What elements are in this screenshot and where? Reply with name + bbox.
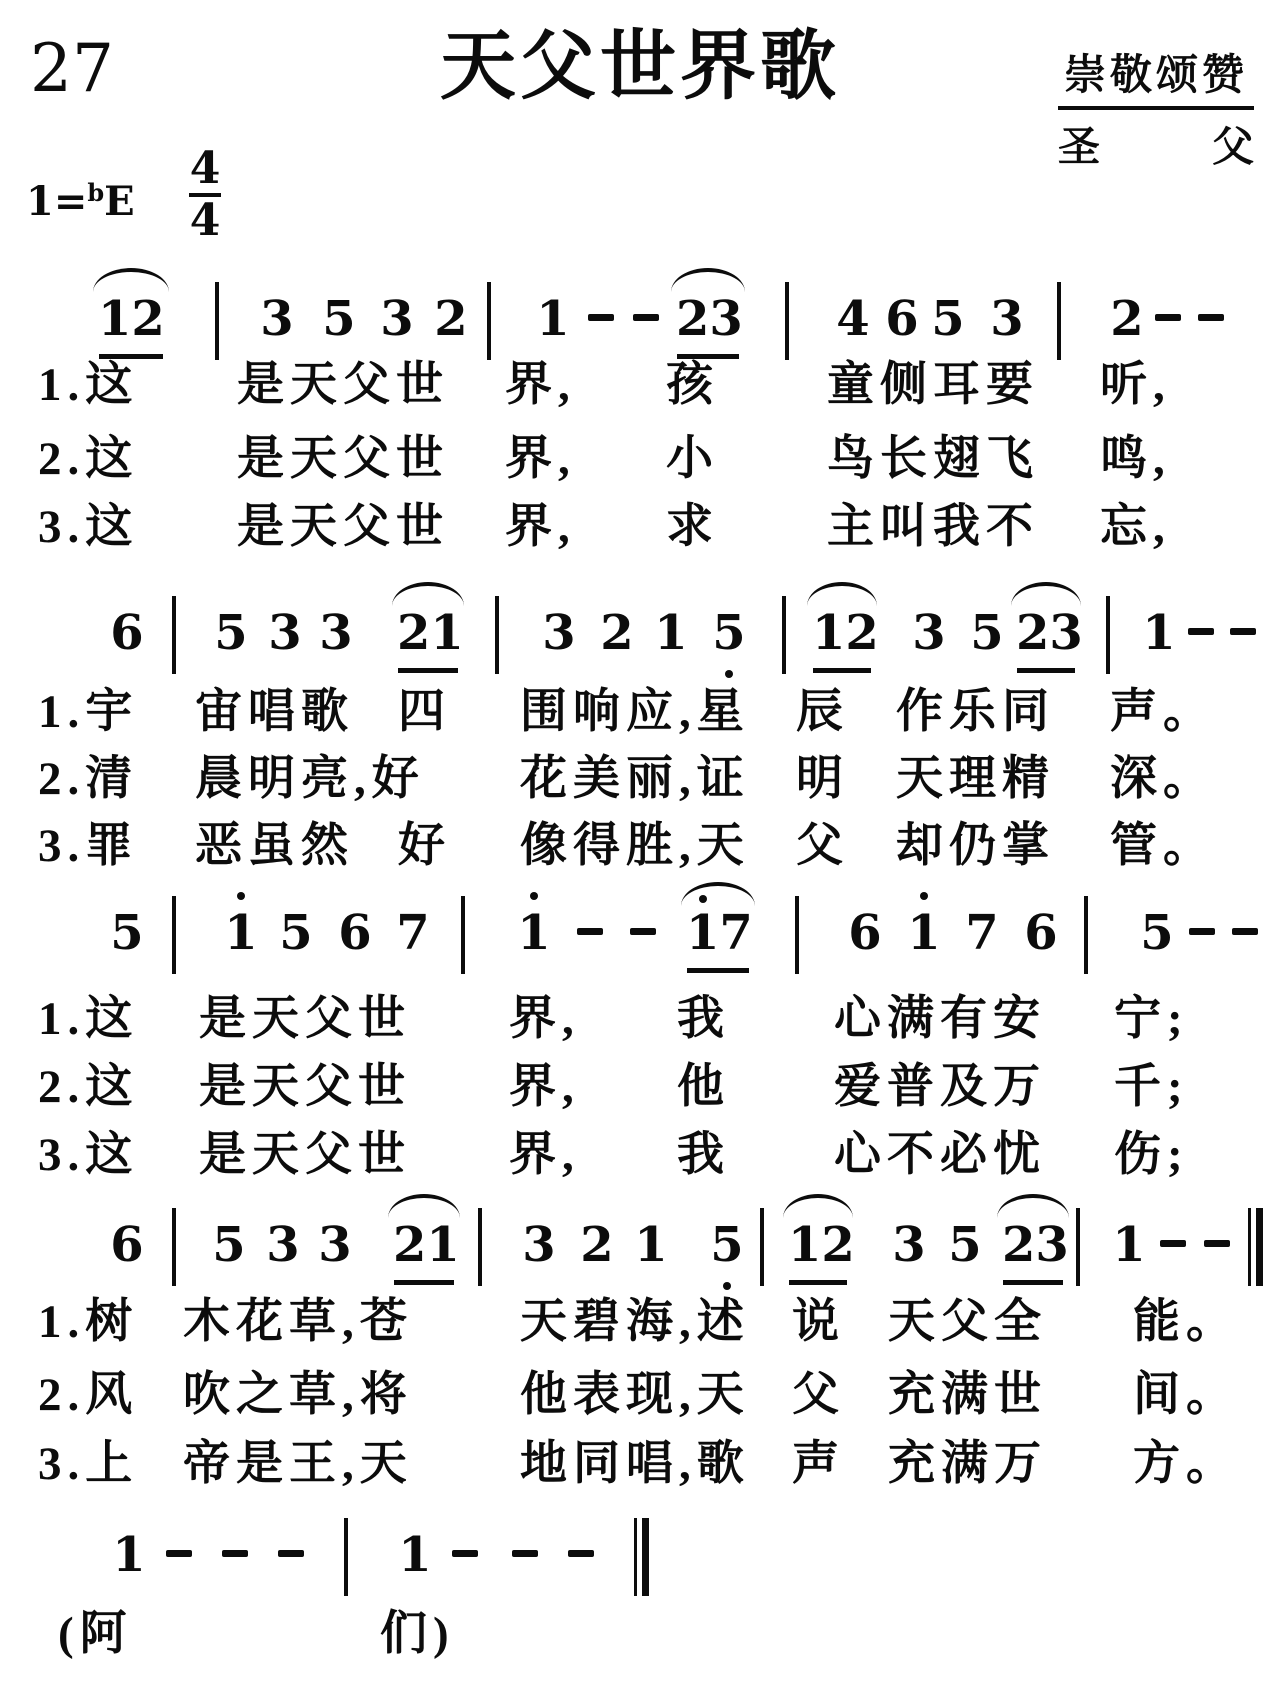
note-digit: 7 <box>963 904 1001 962</box>
lyric-segment: 帝是王,天 <box>183 1435 413 1493</box>
lyric-row: 1.树木花草,苍天碧海,述说天父全能。 <box>0 1293 1280 1355</box>
subcategory-label: 圣 父 <box>1058 110 1254 174</box>
barline <box>344 1518 348 1596</box>
lyric-segment: 是天父世 <box>199 1058 411 1116</box>
note-digit: 2 <box>1108 290 1146 348</box>
note: 3 <box>378 290 416 348</box>
note-digit: 1 <box>222 904 260 962</box>
barline <box>1057 282 1061 360</box>
barline <box>1106 596 1110 674</box>
note-digit: 3 <box>988 290 1026 348</box>
note-digit: 5 <box>212 604 250 662</box>
note-digit: 1 <box>426 1216 459 1274</box>
lyric-segment: 2.这 <box>38 430 138 488</box>
lyric-segment: 3.这 <box>38 498 138 556</box>
lyric-row: 3.罪恶虽然好像得胜,天父却仍掌管。 <box>0 817 1280 879</box>
note-digit: 5 <box>929 290 967 348</box>
lyric-segment: 木花草,苍 <box>183 1293 413 1351</box>
barline <box>760 1208 764 1286</box>
note: 2 <box>578 1216 616 1274</box>
note-digit: 1 <box>686 904 719 962</box>
note: 3 <box>910 604 948 662</box>
note-digit: 3 <box>316 1216 354 1274</box>
lyric-segment: 吹之草,将 <box>183 1366 413 1424</box>
duration-dash <box>577 928 603 935</box>
note-digit: 5 <box>108 904 146 962</box>
lyric-segment: 鸟长翅飞 <box>827 430 1039 488</box>
note-digit: 3 <box>266 604 304 662</box>
note-digit: 1 <box>430 604 463 662</box>
lyric-segment: 千; <box>1114 1058 1189 1116</box>
barline <box>172 1208 176 1286</box>
duration-dash <box>1188 628 1214 635</box>
note-digit: 2 <box>131 290 164 348</box>
note: 7 <box>719 904 752 962</box>
duration-dash <box>512 1550 538 1557</box>
duration-dash <box>1189 928 1215 935</box>
duration-dash <box>1160 1240 1186 1247</box>
lyric-segment: 恶虽然 <box>195 817 354 875</box>
low-octave-dot <box>723 1282 731 1290</box>
note: 1 <box>652 604 690 662</box>
lyric-segment: 我 <box>677 1126 730 1184</box>
lyric-segment: 1.这 <box>38 990 138 1048</box>
lyric-segment: 童侧耳要 <box>827 356 1039 414</box>
lyric-segment: 能。 <box>1133 1293 1239 1351</box>
slur-arc <box>681 882 755 906</box>
note-digit: 2 <box>821 1216 854 1274</box>
lyric-segment: 2.风 <box>38 1366 138 1424</box>
pair-digits: 17 <box>684 904 752 962</box>
lyric-segment: 宁; <box>1114 990 1189 1048</box>
note-digit: 5 <box>708 1216 746 1274</box>
duration-dash <box>1155 314 1181 321</box>
lyric-segment: 天碧海,述 <box>520 1293 750 1351</box>
pair-digits: 21 <box>395 604 461 662</box>
note-digit: 3 <box>258 290 296 348</box>
lyric-row: 1.宇宙唱歌四围响应,星辰作乐同声。 <box>0 683 1280 745</box>
note-digit: 5 <box>946 1216 984 1274</box>
duration-dash <box>1232 928 1258 935</box>
lyric-row: 3.这是天父世界,我心不必忧伤; <box>0 1126 1280 1188</box>
note: 1 <box>1140 604 1178 662</box>
note-digit: 6 <box>883 290 921 348</box>
lyric-segment: 我 <box>677 990 730 1048</box>
barline <box>782 596 786 674</box>
note: 3 <box>264 1216 302 1274</box>
lyric-segment: 3.上 <box>38 1435 138 1493</box>
beam-line <box>398 668 458 673</box>
barline <box>478 1208 482 1286</box>
note: 2 <box>131 290 164 348</box>
hymn-sheet-page: 27 天父世界歌 崇敬颂赞 圣 父 1=bE 4 4 1235321234653… <box>0 0 1280 1689</box>
note: 5 <box>212 604 250 662</box>
lyric-segment: 界, <box>509 1126 580 1184</box>
note: 1 <box>515 904 553 962</box>
beam-line <box>394 1280 454 1285</box>
lyric-row: 3.这是天父世界,求主叫我不忘, <box>0 498 1280 560</box>
lyric-segment: 围响应,星 <box>520 683 750 741</box>
lyric-segment: 管。 <box>1110 817 1216 875</box>
lyric-segment: 求 <box>666 498 719 556</box>
time-signature-lower: 4 <box>183 200 227 242</box>
note: 5 <box>929 290 967 348</box>
beamed-note-pair: 23 <box>674 266 742 366</box>
note-digit: 7 <box>394 904 432 962</box>
note: 5 <box>946 1216 984 1274</box>
final-barline-thin <box>1248 1208 1251 1286</box>
note: 5 <box>320 290 358 348</box>
lyric-segment: 伤; <box>1114 1126 1189 1184</box>
duration-dash <box>222 1550 248 1557</box>
lyric-segment: 说 <box>792 1293 845 1351</box>
final-barline <box>634 1518 650 1596</box>
lyric-segment: 父 <box>792 1366 845 1424</box>
lyric-segment: 是天父世 <box>199 990 411 1048</box>
lyric-segment: 界, <box>505 430 576 488</box>
note-digit: 2 <box>397 604 430 662</box>
lyric-segment: 是天父世 <box>237 430 449 488</box>
note-digit: 3 <box>378 290 416 348</box>
key-note: E <box>104 178 135 225</box>
slur-arc <box>671 268 745 292</box>
note-digit: 1 <box>98 290 131 348</box>
lyric-segment: 心满有安 <box>834 990 1046 1048</box>
lyric-segment: 界, <box>505 498 576 556</box>
note: 3 <box>316 1216 354 1274</box>
note: 5 <box>1138 904 1176 962</box>
barline <box>1084 896 1088 974</box>
note-digit: 3 <box>1035 1216 1068 1274</box>
note-digit: 6 <box>108 604 146 662</box>
note-digit: 3 <box>910 604 948 662</box>
lyric-row: 2.这是天父世界,他爱普及万千; <box>0 1058 1280 1120</box>
note: 2 <box>1016 604 1049 662</box>
note: 3 <box>1049 604 1082 662</box>
lyric-segment: 是天父世 <box>199 1126 411 1184</box>
barline <box>785 282 789 360</box>
flat-accidental: b <box>87 178 104 207</box>
pair-digits: 23 <box>1000 1216 1066 1274</box>
slur-arc <box>807 582 877 606</box>
duration-dash <box>452 1550 478 1557</box>
note: 3 <box>988 290 1026 348</box>
note: 2 <box>845 604 878 662</box>
barline <box>172 596 176 674</box>
barline <box>495 596 499 674</box>
note-digit: 2 <box>393 1216 426 1274</box>
lyric-segment: 天理精 <box>896 750 1055 808</box>
beam-line <box>1017 668 1075 673</box>
category-label: 崇敬颂赞 <box>1058 42 1254 110</box>
lyric-segment: 四 <box>398 683 451 741</box>
lyric-segment: 心不必忧 <box>834 1126 1046 1184</box>
note-digit: 3 <box>264 1216 302 1274</box>
note-digit: 3 <box>709 290 742 348</box>
note: 3 <box>317 604 355 662</box>
note: 5 <box>210 1216 248 1274</box>
note: 1 <box>396 1526 434 1584</box>
notation-line: 5156711761765 <box>0 880 1280 1005</box>
note: 1 <box>632 1216 670 1274</box>
beamed-note-pair: 23 <box>1014 580 1078 680</box>
beamed-note-pair: 12 <box>96 266 166 366</box>
note-digit: 6 <box>336 904 374 962</box>
note-digit: 3 <box>540 604 578 662</box>
note-digit: 2 <box>845 604 878 662</box>
lyric-segment: 1.树 <box>38 1293 138 1351</box>
time-signature: 4 4 <box>183 148 227 242</box>
barline <box>487 282 491 360</box>
note-digit: 1 <box>1110 1216 1148 1274</box>
note: 2 <box>397 604 430 662</box>
lyric-segment: 他 <box>677 1058 730 1116</box>
note-digit: 5 <box>1138 904 1176 962</box>
beamed-note-pair: 21 <box>391 1192 457 1292</box>
lyric-segment: 却仍掌 <box>896 817 1055 875</box>
note-digit: 6 <box>846 904 884 962</box>
note-digit: 7 <box>719 904 752 962</box>
slur-arc <box>997 1194 1069 1218</box>
note: 5 <box>968 604 1006 662</box>
note: 7 <box>963 904 1001 962</box>
note: 3 <box>520 1216 558 1274</box>
duration-dash <box>633 314 659 321</box>
lyric-segment: (阿 <box>58 1605 133 1663</box>
lyric-segment: 主叫我不 <box>827 498 1039 556</box>
beam-line <box>813 668 871 673</box>
note: 1 <box>426 1216 459 1274</box>
note: 3 <box>1035 1216 1068 1274</box>
note: 5 <box>108 904 146 962</box>
lyric-segment: 他表现,天 <box>520 1366 750 1424</box>
beam-line <box>789 1280 847 1285</box>
lyric-row: 2.风吹之草,将他表现,天父充满世间。 <box>0 1366 1280 1428</box>
beamed-note-pair: 23 <box>1000 1192 1066 1292</box>
pair-digits: 12 <box>96 290 166 348</box>
note-digit: 2 <box>676 290 709 348</box>
note-digit: 5 <box>320 290 358 348</box>
note-digit: 5 <box>968 604 1006 662</box>
note: 1 <box>1110 1216 1148 1274</box>
beamed-note-pair: 21 <box>395 580 461 680</box>
key-signature: 1=bE <box>26 178 135 225</box>
duration-dash <box>568 1550 594 1557</box>
note: 3 <box>890 1216 928 1274</box>
note: 1 <box>222 904 260 962</box>
beamed-note-pair: 12 <box>786 1192 850 1292</box>
lyric-row: (阿们) <box>0 1605 1280 1667</box>
lyric-segment: 听, <box>1100 356 1171 414</box>
note-digit: 1 <box>396 1526 434 1584</box>
lyric-row: 3.上帝是王,天地同唱,歌声充满万方。 <box>0 1435 1280 1497</box>
lyric-segment: 作乐同 <box>896 683 1055 741</box>
lyric-segment: 界, <box>509 990 580 1048</box>
note: 3 <box>266 604 304 662</box>
slur-arc <box>783 1194 853 1218</box>
note: 2 <box>1108 290 1146 348</box>
slur-arc <box>392 582 464 606</box>
note: 6 <box>846 904 884 962</box>
note: 6 <box>883 290 921 348</box>
note-digit: 2 <box>598 604 636 662</box>
lyric-segment: 1.这 <box>38 356 138 414</box>
lyric-segment: 3.罪 <box>38 817 138 875</box>
lyric-segment: 深。 <box>1110 750 1216 808</box>
barline <box>1076 1208 1080 1286</box>
note-digit: 5 <box>210 1216 248 1274</box>
lyric-segment: 是天父世 <box>237 356 449 414</box>
time-signature-upper: 4 <box>183 148 227 190</box>
lyric-segment: 3.这 <box>38 1126 138 1184</box>
duration-dash <box>1230 628 1256 635</box>
final-barline-thin <box>634 1518 637 1596</box>
lyric-segment: 好 <box>398 817 451 875</box>
lyric-row: 2.清晨明亮,好花美丽,证明天理精深。 <box>0 750 1280 812</box>
lyric-segment: 方。 <box>1133 1435 1239 1493</box>
beam-line <box>687 968 749 973</box>
note: 5 <box>710 604 748 662</box>
note-digit: 3 <box>1049 604 1082 662</box>
duration-dash <box>588 314 614 321</box>
note: 6 <box>336 904 374 962</box>
note: 3 <box>540 604 578 662</box>
lyric-segment: 忘, <box>1100 498 1171 556</box>
note: 5 <box>708 1216 746 1274</box>
note: 4 <box>834 290 872 348</box>
lyric-segment: 花美丽,证 <box>520 750 750 808</box>
final-barline <box>1248 1208 1264 1286</box>
note-digit: 4 <box>834 290 872 348</box>
note-digit: 1 <box>515 904 553 962</box>
lyric-segment: 父 <box>796 817 849 875</box>
duration-dash <box>630 928 656 935</box>
duration-dash <box>1204 1240 1230 1247</box>
note-digit: 5 <box>277 904 315 962</box>
note-digit: 2 <box>1016 604 1049 662</box>
lyric-segment: 鸣, <box>1100 430 1171 488</box>
note-digit: 3 <box>520 1216 558 1274</box>
note: 1 <box>98 290 131 348</box>
note-digit: 1 <box>110 1526 148 1584</box>
lyric-segment: 晨明亮,好 <box>195 750 425 808</box>
beamed-note-pair: 17 <box>684 880 752 980</box>
lyric-row: 1.这是天父世界,孩童侧耳要听, <box>0 356 1280 418</box>
lyric-segment: 地同唱,歌 <box>520 1435 750 1493</box>
barline <box>215 282 219 360</box>
note-digit: 2 <box>578 1216 616 1274</box>
slur-arc <box>388 1194 460 1218</box>
high-octave-dot <box>530 892 538 900</box>
note-digit: 5 <box>710 604 748 662</box>
note: 1 <box>788 1216 821 1274</box>
note-digit: 1 <box>788 1216 821 1274</box>
note-digit: 3 <box>317 604 355 662</box>
high-octave-dot <box>237 892 245 900</box>
note-digit: 1 <box>812 604 845 662</box>
final-barline-thick <box>1256 1208 1263 1286</box>
note: 1 <box>534 290 572 348</box>
note: 7 <box>394 904 432 962</box>
lyric-segment: 小 <box>666 430 719 488</box>
low-octave-dot <box>725 670 733 678</box>
key-prefix: 1= <box>26 178 87 225</box>
note-digit: 2 <box>1002 1216 1035 1274</box>
note: 6 <box>108 1216 146 1274</box>
slur-arc <box>1011 582 1081 606</box>
note-digit: 1 <box>652 604 690 662</box>
note: 1 <box>686 904 719 962</box>
lyric-segment: 界, <box>509 1058 580 1116</box>
slur-arc <box>93 268 169 292</box>
lyric-segment: 爱普及万 <box>834 1058 1046 1116</box>
category-block: 崇敬颂赞 圣 父 <box>1058 42 1254 174</box>
barline <box>795 896 799 974</box>
lyric-segment: 2.清 <box>38 750 138 808</box>
lyric-segment: 充满万 <box>888 1435 1047 1493</box>
lyric-segment: 辰 <box>796 683 849 741</box>
lyric-segment: 像得胜,天 <box>520 817 750 875</box>
pair-digits: 23 <box>674 290 742 348</box>
lyric-segment: 宙唱歌 <box>195 683 354 741</box>
beamed-note-pair: 12 <box>810 580 874 680</box>
lyric-segment: 间。 <box>1133 1366 1239 1424</box>
note: 6 <box>1022 904 1060 962</box>
duration-dash <box>166 1550 192 1557</box>
note: 1 <box>812 604 845 662</box>
note: 2 <box>821 1216 854 1274</box>
note-digit: 3 <box>890 1216 928 1274</box>
note: 2 <box>432 290 470 348</box>
note-digit: 1 <box>534 290 572 348</box>
note: 2 <box>598 604 636 662</box>
lyric-row: 2.这是天父世界,小鸟长翅飞鸣, <box>0 430 1280 492</box>
lyric-segment: 声 <box>792 1435 845 1493</box>
barline <box>172 896 176 974</box>
note: 5 <box>277 904 315 962</box>
note: 3 <box>258 290 296 348</box>
high-octave-dot <box>699 895 707 903</box>
lyric-segment: 是天父世 <box>237 498 449 556</box>
barline <box>461 896 465 974</box>
note: 2 <box>676 290 709 348</box>
pair-digits: 12 <box>786 1216 850 1274</box>
note: 2 <box>393 1216 426 1274</box>
lyric-segment: 2.这 <box>38 1058 138 1116</box>
lyric-segment: 界, <box>505 356 576 414</box>
note-digit: 2 <box>432 290 470 348</box>
beam-line <box>1003 1280 1063 1285</box>
note-digit: 1 <box>632 1216 670 1274</box>
duration-dash <box>1198 314 1224 321</box>
duration-dash <box>278 1550 304 1557</box>
lyric-row: 1.这是天父世界,我心满有安宁; <box>0 990 1280 1052</box>
lyric-segment: 1.宇 <box>38 683 138 741</box>
pair-digits: 12 <box>810 604 874 662</box>
note: 3 <box>709 290 742 348</box>
lyric-segment: 声。 <box>1110 683 1216 741</box>
subcategory-left: 圣 <box>1058 114 1100 174</box>
lyric-segment: 明 <box>796 750 849 808</box>
note-digit: 6 <box>108 1216 146 1274</box>
lyric-segment: 们) <box>380 1605 455 1663</box>
note: 6 <box>108 604 146 662</box>
note: 2 <box>1002 1216 1035 1274</box>
note: 1 <box>430 604 463 662</box>
lyric-segment: 孩 <box>666 356 719 414</box>
pair-digits: 21 <box>391 1216 457 1274</box>
note: 1 <box>110 1526 148 1584</box>
